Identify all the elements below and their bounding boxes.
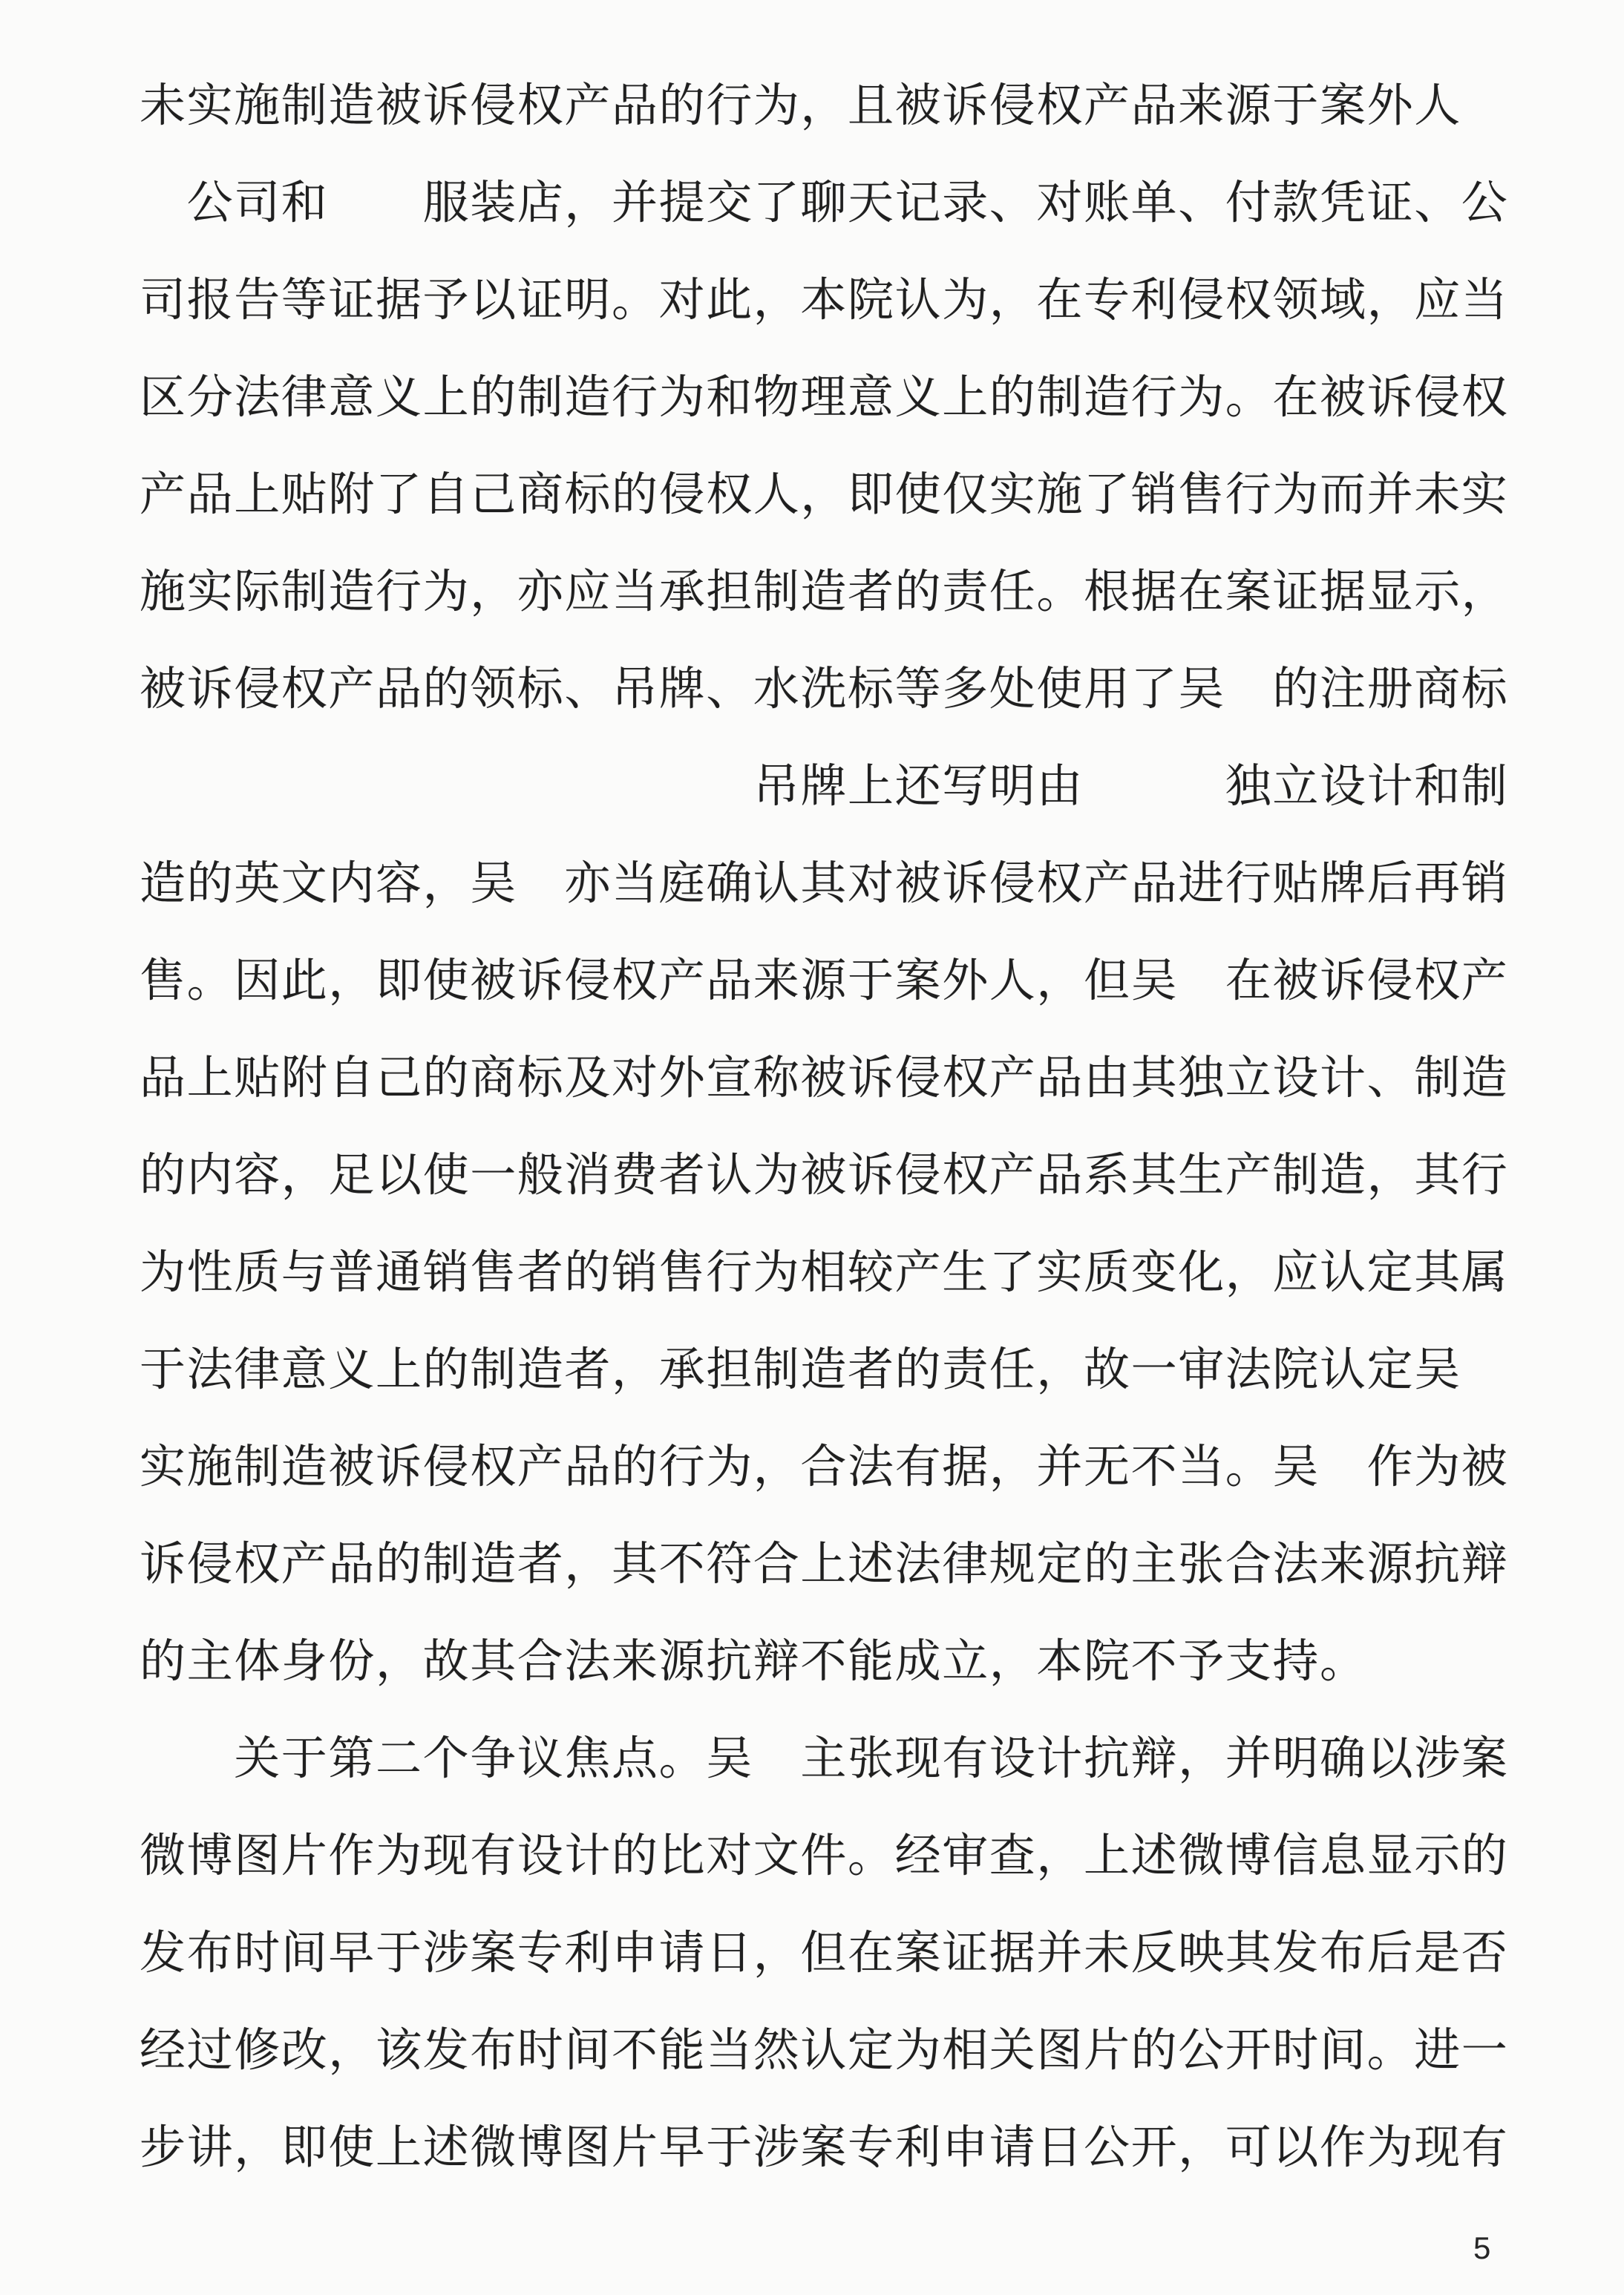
text-line: 品上贴附自己的商标及对外宣称被诉侵权产品由其独立设计、制造: [140, 1030, 1522, 1127]
text-line: 未实施制造被诉侵权产品的行为，且被诉侵权产品来源于案外人: [140, 58, 1522, 155]
judgment-text-block: 未实施制造被诉侵权产品的行为，且被诉侵权产品来源于案外人 公司和 服装店，并提交…: [140, 58, 1522, 2197]
text-line: 的主体身份，故其合法来源抗辩不能成立，本院不予支持。: [140, 1614, 1522, 1711]
text-line: 造的英文内容，吴 亦当庭确认其对被诉侵权产品进行贴牌后再销: [140, 836, 1522, 933]
text-line: 步讲，即使上述微博图片早于涉案专利申请日公开，可以作为现有: [140, 2100, 1522, 2197]
judgment-page: 未实施制造被诉侵权产品的行为，且被诉侵权产品来源于案外人 公司和 服装店，并提交…: [0, 0, 1624, 2295]
text-line: 微博图片作为现有设计的比对文件。经审查，上述微博信息显示的: [140, 1808, 1522, 1905]
text-line: 被诉侵权产品的领标、吊牌、水洗标等多处使用了吴 的注册商标: [140, 641, 1522, 739]
text-line: 区分法律意义上的制造行为和物理意义上的制造行为。在被诉侵权: [140, 350, 1522, 447]
text-line: 关于第二个争议焦点。吴 主张现有设计抗辩，并明确以涉案: [140, 1711, 1522, 1808]
text-line: 产品上贴附了自己商标的侵权人，即使仅实施了销售行为而并未实: [140, 447, 1522, 544]
text-line: 为性质与普通销售者的销售行为相较产生了实质变化，应认定其属: [140, 1225, 1522, 1322]
page-number: 5: [1473, 2230, 1490, 2266]
text-line: 公司和 服装店，并提交了聊天记录、对账单、付款凭证、公: [140, 155, 1522, 252]
text-line: 发布时间早于涉案专利申请日，但在案证据并未反映其发布后是否: [140, 1905, 1522, 2003]
text-line: 司报告等证据予以证明。对此，本院认为，在专利侵权领域，应当: [140, 252, 1522, 350]
text-line: 于法律意义上的制造者，承担制造者的责任，故一审法院认定吴: [140, 1322, 1522, 1419]
text-line: 实施制造被诉侵权产品的行为，合法有据，并无不当。吴 作为被: [140, 1419, 1522, 1516]
text-line: 诉侵权产品的制造者，其不符合上述法律规定的主张合法来源抗辩: [140, 1516, 1522, 1614]
text-line: 吊牌上还写明由 独立设计和制: [140, 739, 1522, 836]
text-line: 的内容，足以使一般消费者认为被诉侵权产品系其生产制造，其行: [140, 1127, 1522, 1225]
text-line: 经过修改，该发布时间不能当然认定为相关图片的公开时间。进一: [140, 2003, 1522, 2100]
text-line: 售。因此，即使被诉侵权产品来源于案外人，但吴 在被诉侵权产: [140, 933, 1522, 1030]
text-line: 施实际制造行为，亦应当承担制造者的责任。根据在案证据显示，: [140, 544, 1522, 641]
